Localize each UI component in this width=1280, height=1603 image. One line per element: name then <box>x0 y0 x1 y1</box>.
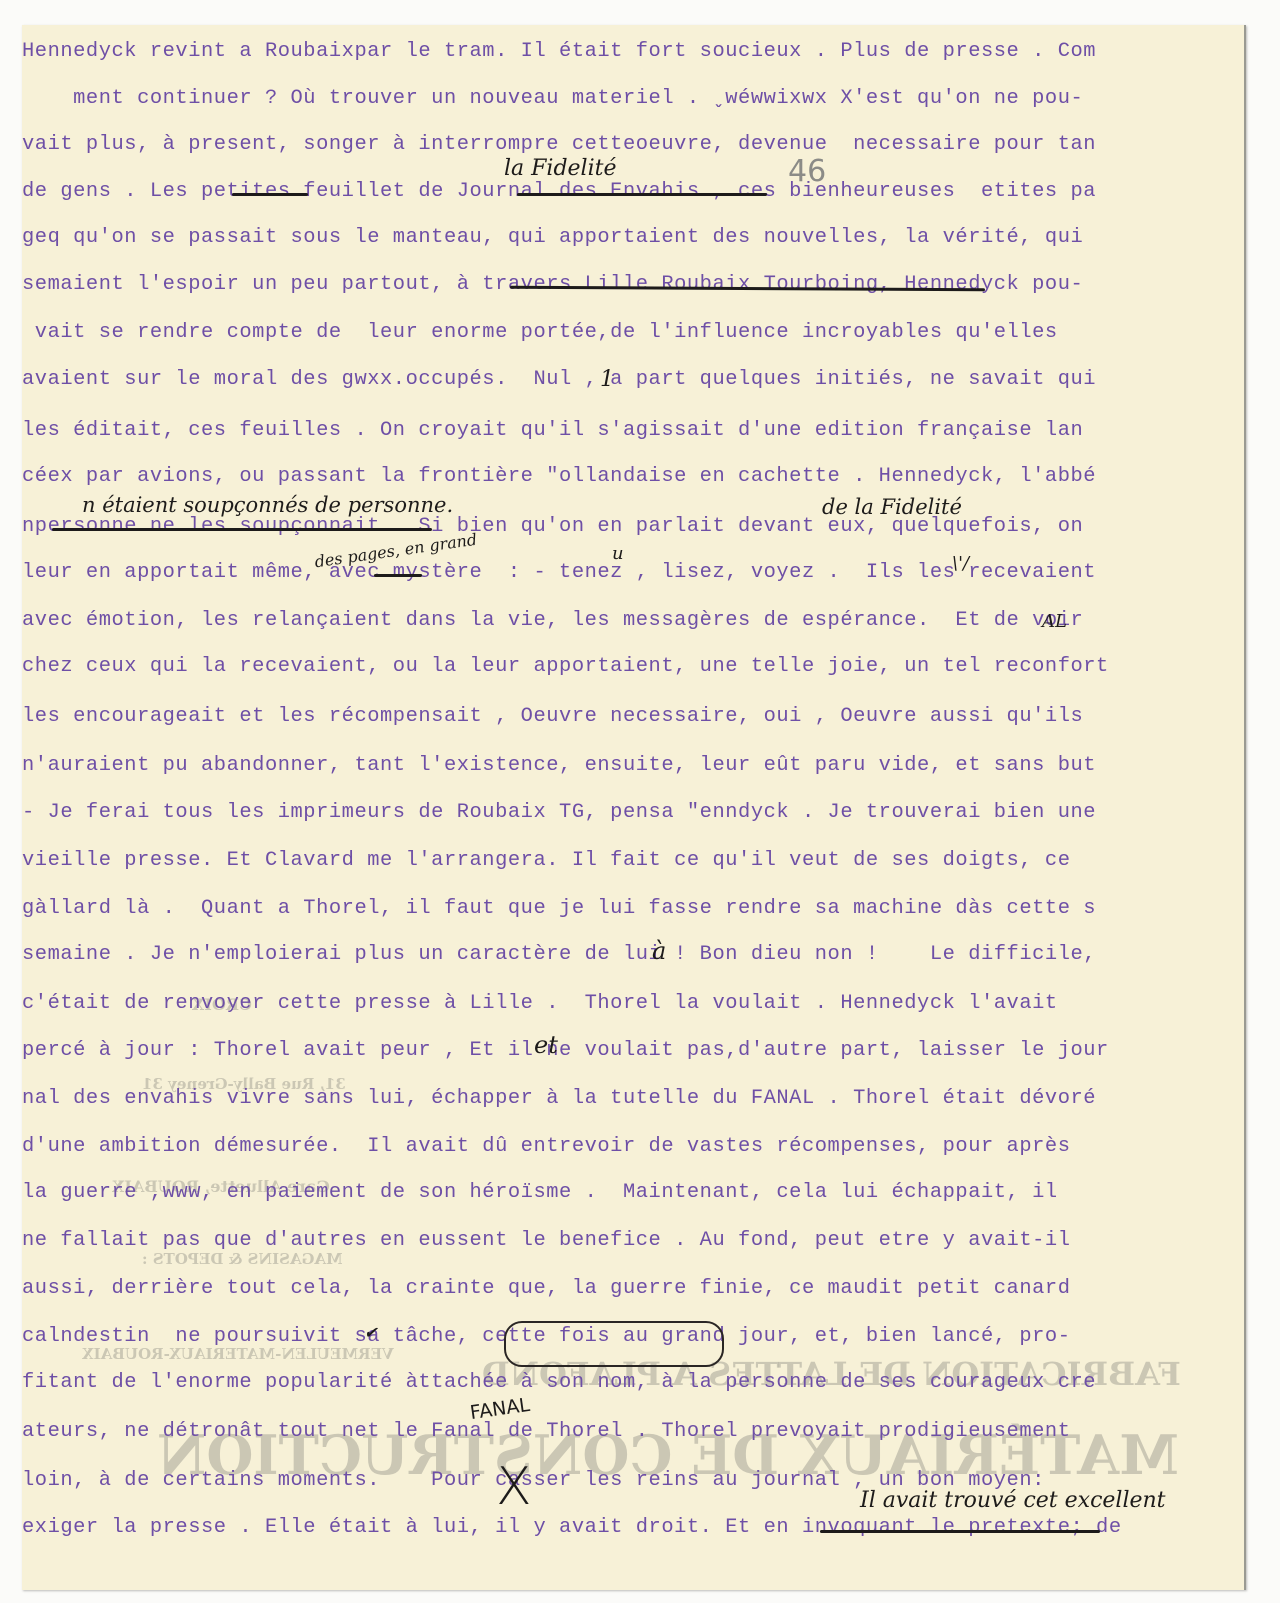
handwritten-check-mark: ✔ <box>364 1325 377 1341</box>
handwritten-et-insert: et <box>534 1033 558 1057</box>
typed-line: ne fallait pas que d'autres en eussent l… <box>22 1231 1070 1251</box>
handwritten-mark-voyez: \'/ <box>952 555 969 573</box>
typed-line: chez ceux qui la recevaient, ou la leur … <box>22 657 1109 677</box>
typed-line: d'une ambition démesurée. Il avait dû en… <box>22 1137 1070 1157</box>
typed-line: aussi, derrière tout cela, la crainte qu… <box>22 1279 1070 1299</box>
typed-line: percé à jour : Thorel avait peur , Et il… <box>22 1041 1109 1061</box>
typed-line: avec émotion, les relançaient dans la vi… <box>22 611 1083 631</box>
typed-line: fitant de l'enorme popularité àttachée à… <box>22 1373 1096 1393</box>
strikethrough-journal-des-envahis <box>517 193 767 196</box>
typed-line: semaine . Je n'emploierai plus un caract… <box>22 945 1096 965</box>
typed-line: vait plus, à present, songer à interromp… <box>22 135 1096 155</box>
typed-line: vieille presse. Et Clavard me l'arranger… <box>22 851 1070 871</box>
handwritten-la-fidelite: la Fidelité <box>504 158 616 180</box>
handwritten-a-correction: à <box>652 939 666 963</box>
handwritten-cross-mark: X <box>496 1461 532 1513</box>
strikethrough-personne-ne-les <box>52 528 432 531</box>
typed-line: Hennedyck revint a Roubaixpar le tram. I… <box>22 42 1096 62</box>
typed-line: - Je ferai tous les imprimeurs de Roubai… <box>22 803 1096 823</box>
handwritten-mark-esperance: AL <box>1042 613 1067 631</box>
handwritten-il-avait-trouve: Il avait trouvé cet excellent <box>860 1490 1166 1512</box>
typed-line: les éditait, ces feuilles . On croyait q… <box>22 421 1083 441</box>
typed-line: leur en apportait même, avec mystère : -… <box>22 563 1096 583</box>
handwritten-etaient-soupconnes: n étaient soupçonnés de personne. <box>82 495 453 516</box>
typed-line: les encourageait et les récompensait , O… <box>22 707 1083 727</box>
typed-line: c'était de renvoyer cette presse à Lille… <box>22 994 1058 1014</box>
handwritten-fanal-insert: FANAL <box>469 1396 531 1423</box>
typed-line: gàllard là . Quant a Thorel, il faut que… <box>22 899 1096 919</box>
typed-line: n'auraient pu abandonner, tant l'existen… <box>22 756 1096 776</box>
typed-line: nal des envahis vivre sans lui, échapper… <box>22 1089 1096 1109</box>
ghost-letterhead-magasins: MAGASINS & DEPOTS : <box>142 1250 343 1268</box>
typewritten-page: CROIX 31, Rue Bally-Greney 31 Gare Allue… <box>22 25 1246 1590</box>
strikethrough-avec <box>374 574 422 577</box>
typed-line: geq qu'on se passait sous le manteau, qu… <box>22 228 1083 248</box>
typed-line: exiger la presse . Elle était à lui, il … <box>22 1518 1122 1538</box>
typed-line: ateurs, ne détronât tout net le Fanal de… <box>22 1422 1070 1442</box>
typed-line: la guerre ,www, en paiement de son héroï… <box>22 1183 1058 1203</box>
handwritten-mark-nul: 1 <box>600 369 614 391</box>
typed-line: vait se rendre compte de leur enorme por… <box>22 323 1058 343</box>
handwritten-de-la-fidelite: de la Fidelité <box>822 497 962 518</box>
typed-line: avaient sur le moral des gwxx.occupés. N… <box>22 370 1096 390</box>
typed-line: ment continuer ? Où trouver un nouveau m… <box>22 89 1083 109</box>
handwritten-mark-tenez: u <box>612 545 624 563</box>
strikethrough-et-en-invoquant <box>820 1530 1100 1533</box>
circled-phrase <box>504 1321 724 1367</box>
strikethrough-petites <box>232 193 308 196</box>
typed-line: céex par avions, ou passant la frontière… <box>22 467 1096 487</box>
